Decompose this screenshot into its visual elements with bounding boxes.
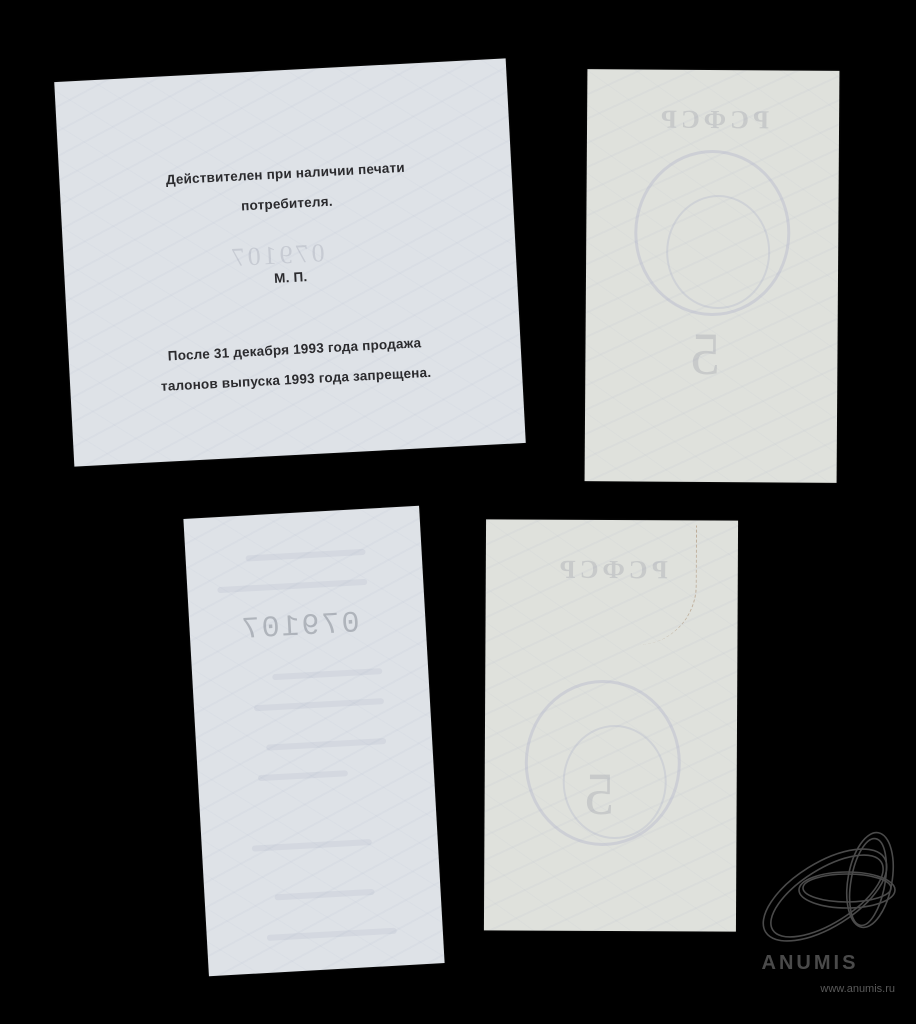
faint-text-row xyxy=(267,928,397,941)
coupon-card-stamp-2: РСФСР 5 xyxy=(484,519,738,931)
anumis-url: www.anumis.ru xyxy=(775,983,895,995)
validity-line-2: потребителя. xyxy=(61,184,513,223)
coupon-card-stamp-1: РСФСР 5 xyxy=(585,69,840,483)
ghost-title: РСФСР xyxy=(486,554,738,585)
faint-text-row xyxy=(258,770,348,781)
ghost-denomination: 5 xyxy=(584,760,614,829)
faint-text-row xyxy=(266,738,386,751)
faint-text-row xyxy=(252,839,372,852)
ghost-denomination: 5 xyxy=(690,320,720,389)
anumis-brand-name: ANUMIS xyxy=(725,952,895,975)
faint-text-row xyxy=(217,579,367,593)
stamp-inner-ring-icon xyxy=(666,195,771,310)
faint-text-row xyxy=(272,668,382,680)
faint-text-row xyxy=(254,698,384,711)
coupon-card-text: 079107 Действителен при наличии печати п… xyxy=(54,58,526,466)
anumis-rings-logo-icon xyxy=(755,830,905,950)
faint-text-row xyxy=(246,549,366,562)
ghost-serial-number: 079107 xyxy=(239,607,361,648)
anumis-watermark: ANUMIS www.anumis.ru xyxy=(715,830,915,1020)
ghost-title: РСФСР xyxy=(587,104,839,136)
coupon-card-number: 079107 xyxy=(183,506,444,976)
expiry-line-2: талонов выпуска 1993 года запрещена. xyxy=(70,360,522,399)
faint-text-row xyxy=(275,889,375,901)
